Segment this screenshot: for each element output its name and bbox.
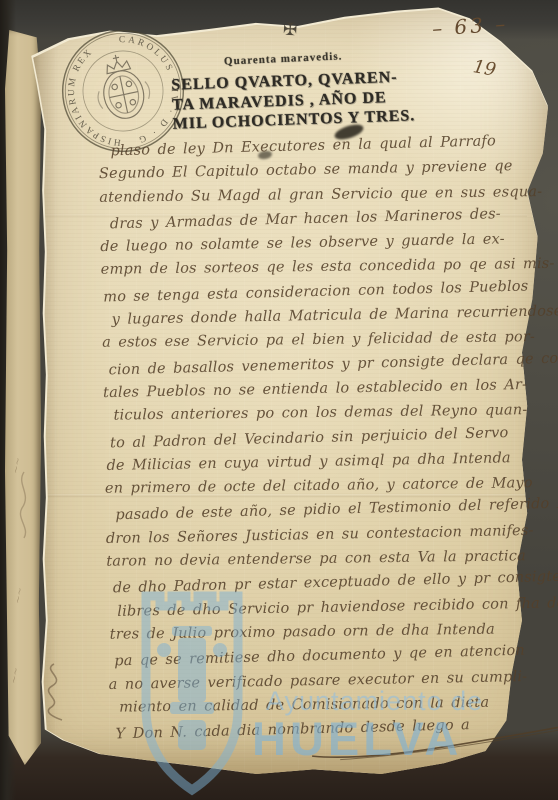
cross-pattee-stamp: ✠ [282, 20, 297, 41]
document-photo: ~~ ~~ ~~ CAROLUS · IV · D · G · HISPANIA… [0, 0, 558, 800]
bleedthrough-mark: ~~ [13, 586, 27, 604]
line-filler-stroke [309, 710, 558, 764]
previous-page-edge: ~~ ~~ ~~ [5, 30, 41, 765]
ink-flourish [14, 470, 34, 540]
bleedthrough-mark: ~~ [9, 666, 23, 684]
ink-flourish [38, 660, 72, 722]
tax-stamp-text: SELLO QVARTO, QVAREN- TA MARAVEDIS , AÑO… [171, 66, 443, 134]
handwritten-text-block: plaso de ley Dn Executores en la qual al… [98, 130, 534, 745]
margin-number: 19 [471, 56, 497, 81]
seal-coat-of-arms [90, 49, 154, 123]
